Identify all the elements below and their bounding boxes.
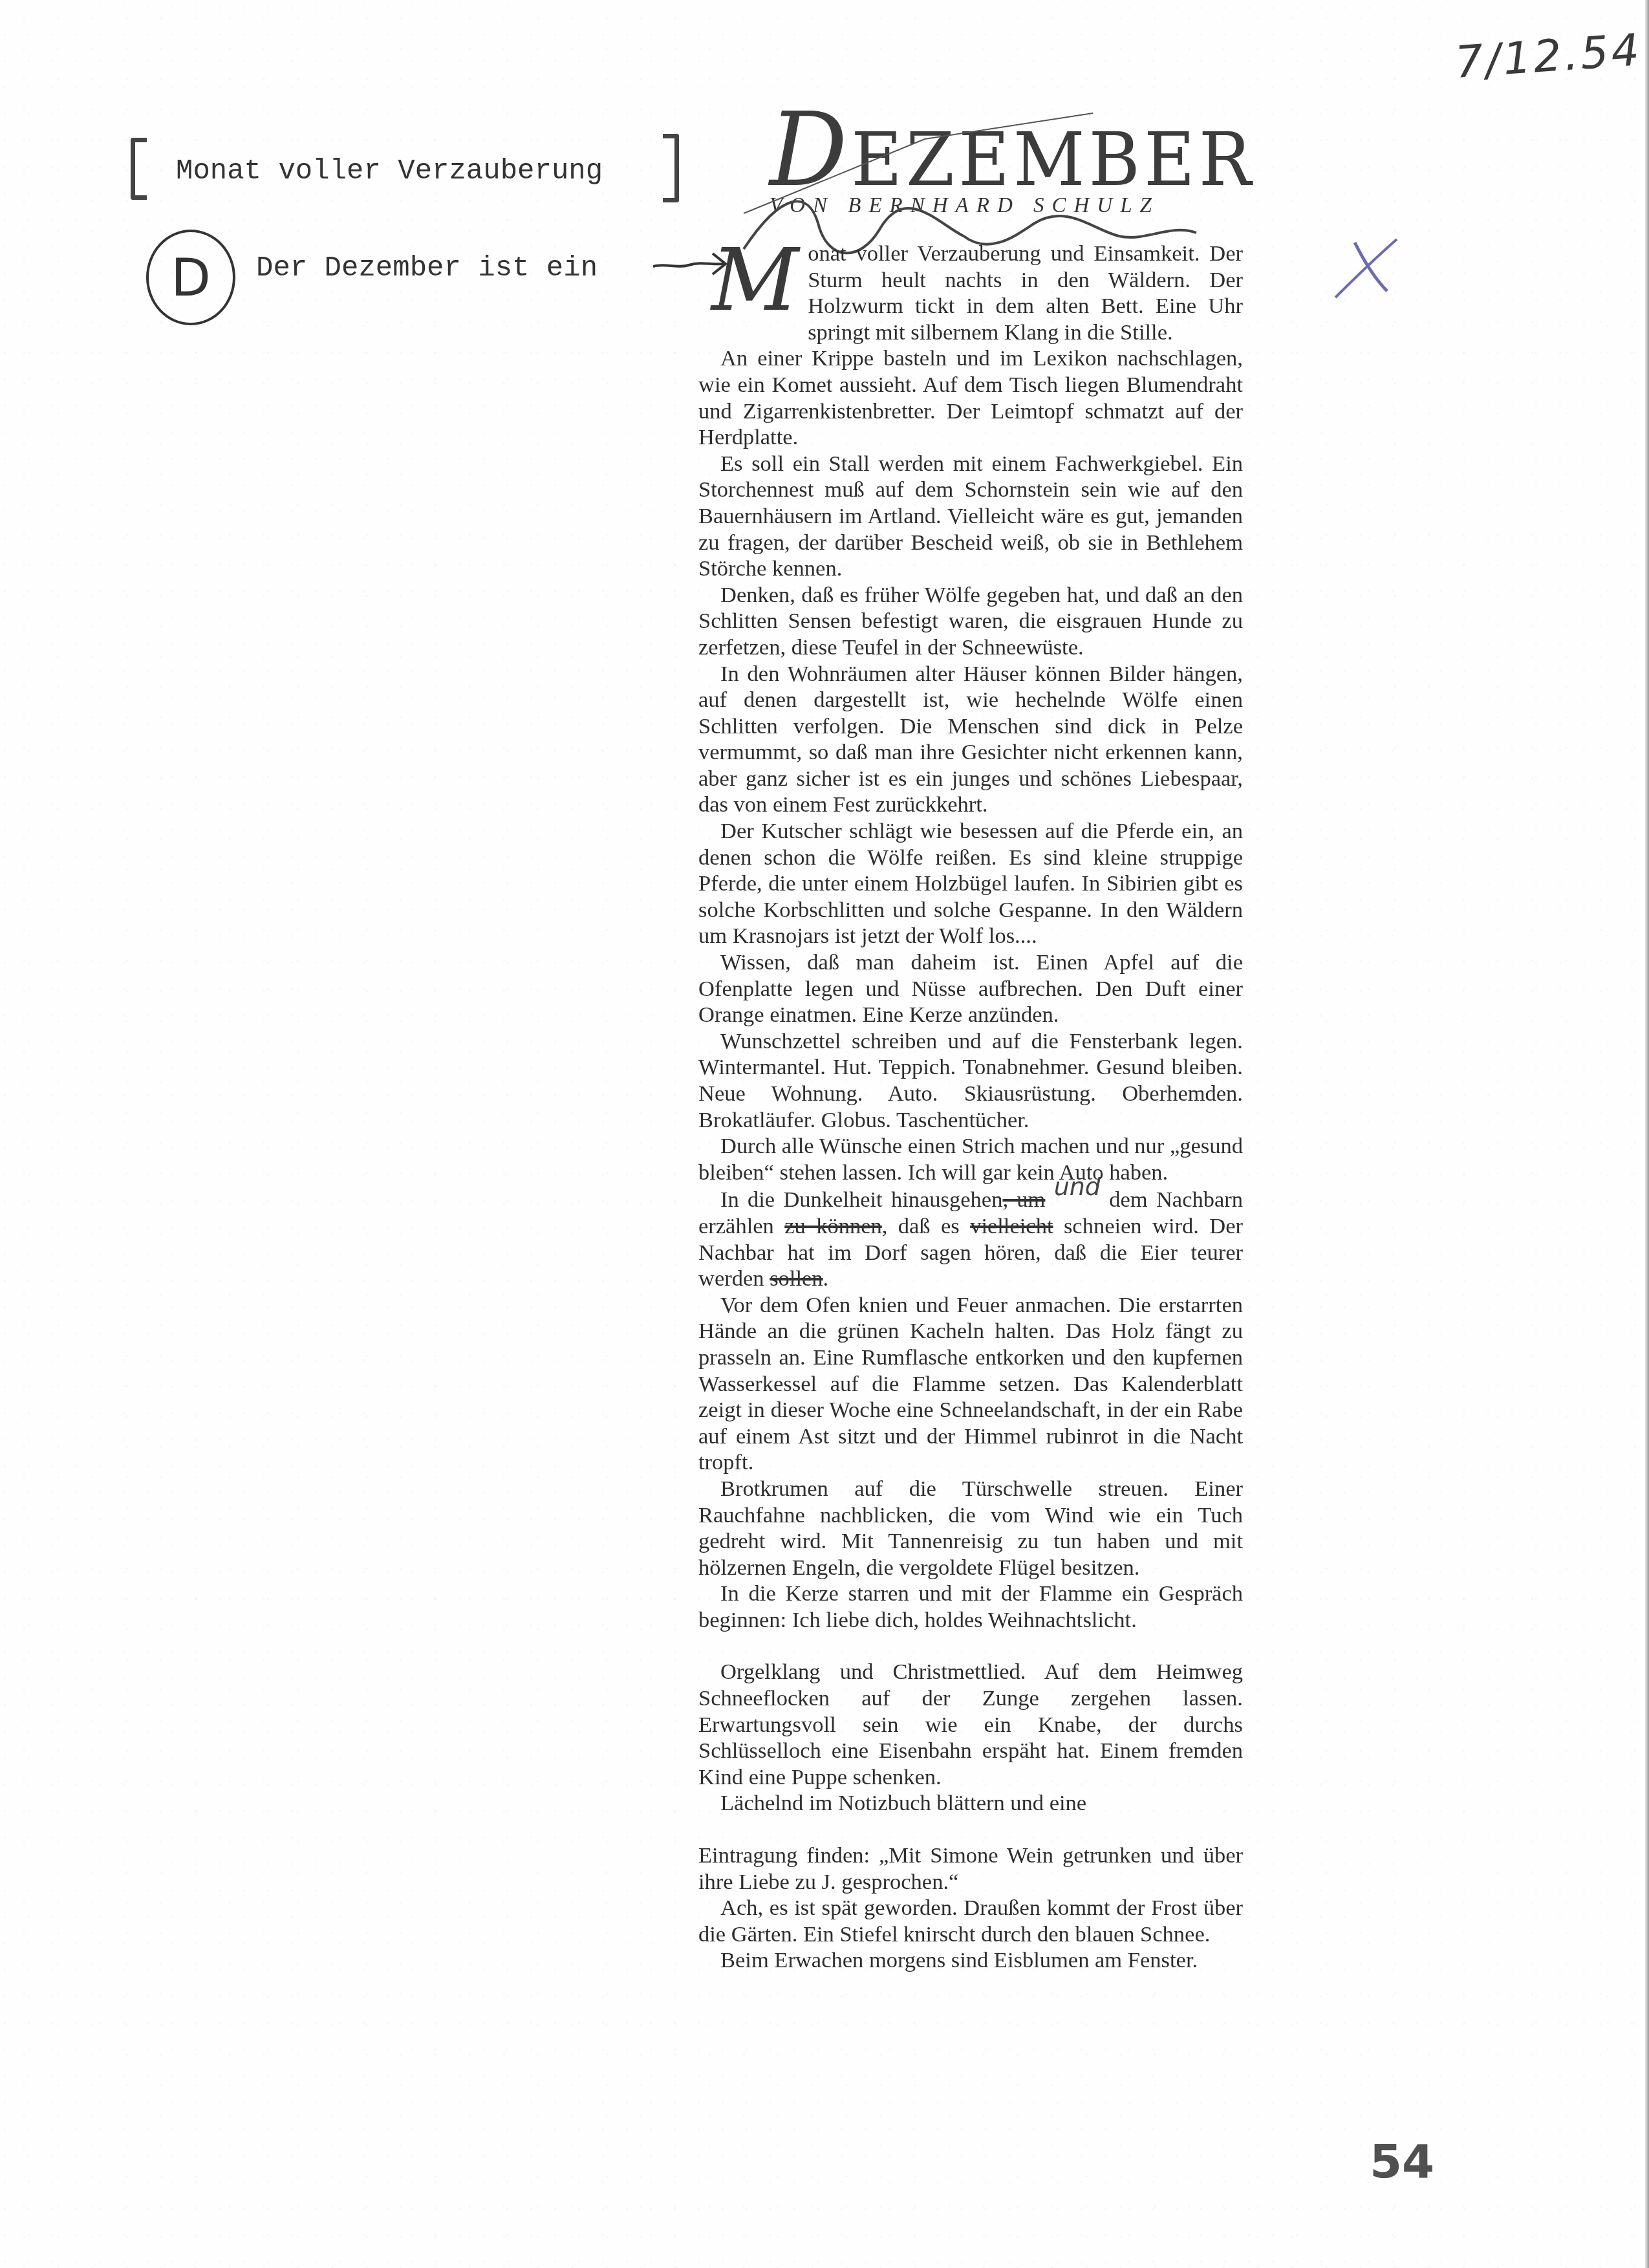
article-paragraph: Brotkrumen auf die Türschwelle streuen. … xyxy=(698,1476,1243,1581)
struck-text: sollen xyxy=(770,1266,823,1291)
handwritten-insertion: und xyxy=(1054,1172,1101,1201)
article-paragraph: Monat voller Verzauberung und Einsamkeit… xyxy=(698,241,1243,345)
x-mark-icon xyxy=(1332,236,1403,307)
article-paragraph: Wunschzettel schreiben und auf die Fenst… xyxy=(698,1028,1243,1133)
article-paragraph: Beim Erwachen morgens sind Eisblumen am … xyxy=(698,1947,1243,1974)
scan-edge xyxy=(1645,0,1649,2268)
article-paragraph: Eintragung finden: „Mit Simone Wein getr… xyxy=(698,1842,1243,1895)
article-paragraph: Ach, es ist spät geworden. Draußen kommt… xyxy=(698,1895,1243,1947)
circled-letter: D xyxy=(146,230,235,325)
typed-title-note: Monat voller Verzauberung xyxy=(176,155,603,188)
paragraph-text: onat voller Verzauberung und Einsamkeit.… xyxy=(808,241,1243,345)
article-paragraph: Wissen, daß man daheim ist. Einen Apfel … xyxy=(698,949,1243,1028)
article-paragraph: Vor dem Ofen knien und Feuer anmachen. D… xyxy=(698,1292,1243,1476)
circled-letter-text: D xyxy=(171,248,211,308)
article-paragraph: Lächelnd im Notizbuch blättern und eine xyxy=(698,1790,1243,1817)
edited-paragraph: In die Dunkelheit hinausgehen, um und de… xyxy=(698,1185,1243,1291)
byline: VON BERNHARD SCHULZ xyxy=(770,194,1159,218)
article-paragraph: Orgelklang und Christmettlied. Auf dem H… xyxy=(698,1659,1243,1790)
article-paragraph: Durch alle Wünsche einen Strich machen u… xyxy=(698,1133,1243,1185)
dropcap: M xyxy=(711,242,799,319)
text-segment: . xyxy=(823,1266,829,1291)
article-body: Monat voller Verzauberung und Einsamkeit… xyxy=(698,241,1243,1974)
text-segment: In die Dunkelheit hinausgehen xyxy=(720,1187,1002,1212)
bracket-left-icon xyxy=(131,138,147,200)
headline-rest: EZEMBER xyxy=(851,118,1255,202)
headline: DEZEMBER xyxy=(770,91,1255,210)
headline-initial: D xyxy=(770,91,851,210)
article-paragraph: In den Wohnräumen alter Häuser können Bi… xyxy=(698,661,1243,819)
text-segment: , daß es xyxy=(882,1214,970,1238)
article-paragraph: In die Kerze starren und mit der Flamme … xyxy=(698,1581,1243,1633)
article-paragraph: Der Kutscher schlägt wie besessen auf di… xyxy=(698,818,1243,949)
struck-text: , um xyxy=(1002,1187,1045,1212)
handwritten-date: 7/12.54 xyxy=(1454,25,1644,89)
article-paragraph: An einer Krippe basteln und im Lexikon n… xyxy=(698,345,1243,450)
article-paragraph: Es soll ein Stall werden mit einem Fachw… xyxy=(698,451,1243,582)
handwritten-page-number: 54 xyxy=(1370,2134,1434,2188)
article-paragraph: Denken, daß es früher Wölfe gegeben hat,… xyxy=(698,582,1243,661)
struck-text: zu können xyxy=(784,1214,882,1238)
bracket-right-icon xyxy=(663,134,679,202)
struck-text: vielleicht xyxy=(970,1214,1053,1238)
typed-sentence-note: Der Dezember ist ein xyxy=(256,252,598,285)
